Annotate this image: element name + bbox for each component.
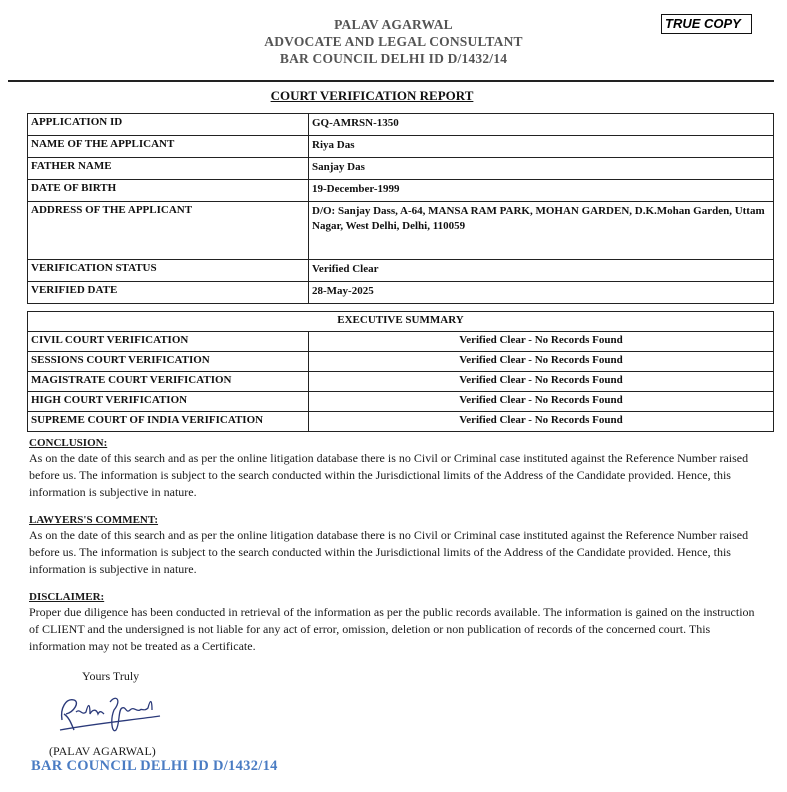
table-row: HIGH COURT VERIFICATION Verified Clear -…: [28, 392, 774, 412]
signer-name: (PALAV AGARWAL): [49, 744, 156, 759]
executive-summary-table: EXECUTIVE SUMMARY CIVIL COURT VERIFICATI…: [27, 311, 774, 432]
row-value: Verified Clear - No Records Found: [309, 332, 774, 352]
signer-bar-id: BAR COUNCIL DELHI ID D/1432/14: [31, 758, 278, 775]
table-row: ADDRESS OF THE APPLICANT D/O: Sanjay Das…: [28, 202, 774, 260]
row-value: Verified Clear - No Records Found: [309, 352, 774, 372]
row-value: GQ-AMRSN-1350: [309, 114, 774, 136]
table-row: VERIFIED DATE 28-May-2025: [28, 282, 774, 304]
true-copy-stamp: TRUE COPY: [661, 14, 752, 34]
row-label: CIVIL COURT VERIFICATION: [28, 332, 309, 352]
row-label: SUPREME COURT OF INDIA VERIFICATION: [28, 412, 309, 432]
table-row: SESSIONS COURT VERIFICATION Verified Cle…: [28, 352, 774, 372]
applicant-details-table: APPLICATION ID GQ-AMRSN-1350 NAME OF THE…: [27, 113, 774, 304]
table-row: MAGISTRATE COURT VERIFICATION Verified C…: [28, 372, 774, 392]
conclusion-text: As on the date of this search and as per…: [29, 450, 764, 501]
closing-text: Yours Truly: [82, 669, 139, 684]
row-value: D/O: Sanjay Dass, A-64, MANSA RAM PARK, …: [309, 202, 774, 260]
lawyers-comment-heading: LAWYERS'S COMMENT:: [29, 513, 764, 527]
disclaimer-section: DISCLAIMER: Proper due diligence has bee…: [29, 590, 764, 655]
advocate-bar-id: BAR COUNCIL DELHI ID D/1432/14: [0, 50, 787, 67]
table-row: DATE OF BIRTH 19-December-1999: [28, 180, 774, 202]
row-value: 19-December-1999: [309, 180, 774, 202]
disclaimer-text: Proper due diligence has been conducted …: [29, 604, 764, 655]
table-row: APPLICATION ID GQ-AMRSN-1350: [28, 114, 774, 136]
row-label: SESSIONS COURT VERIFICATION: [28, 352, 309, 372]
row-label: ADDRESS OF THE APPLICANT: [28, 202, 309, 260]
table-header-row: EXECUTIVE SUMMARY: [28, 312, 774, 332]
header-divider: [8, 80, 774, 82]
table-row: FATHER NAME Sanjay Das: [28, 158, 774, 180]
table-row: NAME OF THE APPLICANT Riya Das: [28, 136, 774, 158]
table-row: CIVIL COURT VERIFICATION Verified Clear …: [28, 332, 774, 352]
conclusion-section: CONCLUSION: As on the date of this searc…: [29, 436, 764, 501]
summary-heading: EXECUTIVE SUMMARY: [28, 312, 774, 332]
lawyers-comment-text: As on the date of this search and as per…: [29, 527, 764, 578]
disclaimer-heading: DISCLAIMER:: [29, 590, 764, 604]
row-label: VERIFIED DATE: [28, 282, 309, 304]
row-label: NAME OF THE APPLICANT: [28, 136, 309, 158]
table-row: SUPREME COURT OF INDIA VERIFICATION Veri…: [28, 412, 774, 432]
table-row: VERIFICATION STATUS Verified Clear: [28, 260, 774, 282]
row-label: FATHER NAME: [28, 158, 309, 180]
conclusion-heading: CONCLUSION:: [29, 436, 764, 450]
report-title: COURT VERIFICATION REPORT: [0, 88, 744, 104]
row-value: Verified Clear: [309, 260, 774, 282]
row-value: Sanjay Das: [309, 158, 774, 180]
row-value: Riya Das: [309, 136, 774, 158]
row-value: Verified Clear - No Records Found: [309, 412, 774, 432]
signature-icon: [52, 690, 167, 745]
row-value: 28-May-2025: [309, 282, 774, 304]
row-label: VERIFICATION STATUS: [28, 260, 309, 282]
row-value: Verified Clear - No Records Found: [309, 392, 774, 412]
lawyers-comment-section: LAWYERS'S COMMENT: As on the date of thi…: [29, 513, 764, 578]
row-label: DATE OF BIRTH: [28, 180, 309, 202]
row-label: MAGISTRATE COURT VERIFICATION: [28, 372, 309, 392]
row-value: Verified Clear - No Records Found: [309, 372, 774, 392]
advocate-title: ADVOCATE AND LEGAL CONSULTANT: [0, 33, 787, 50]
row-label: APPLICATION ID: [28, 114, 309, 136]
row-label: HIGH COURT VERIFICATION: [28, 392, 309, 412]
